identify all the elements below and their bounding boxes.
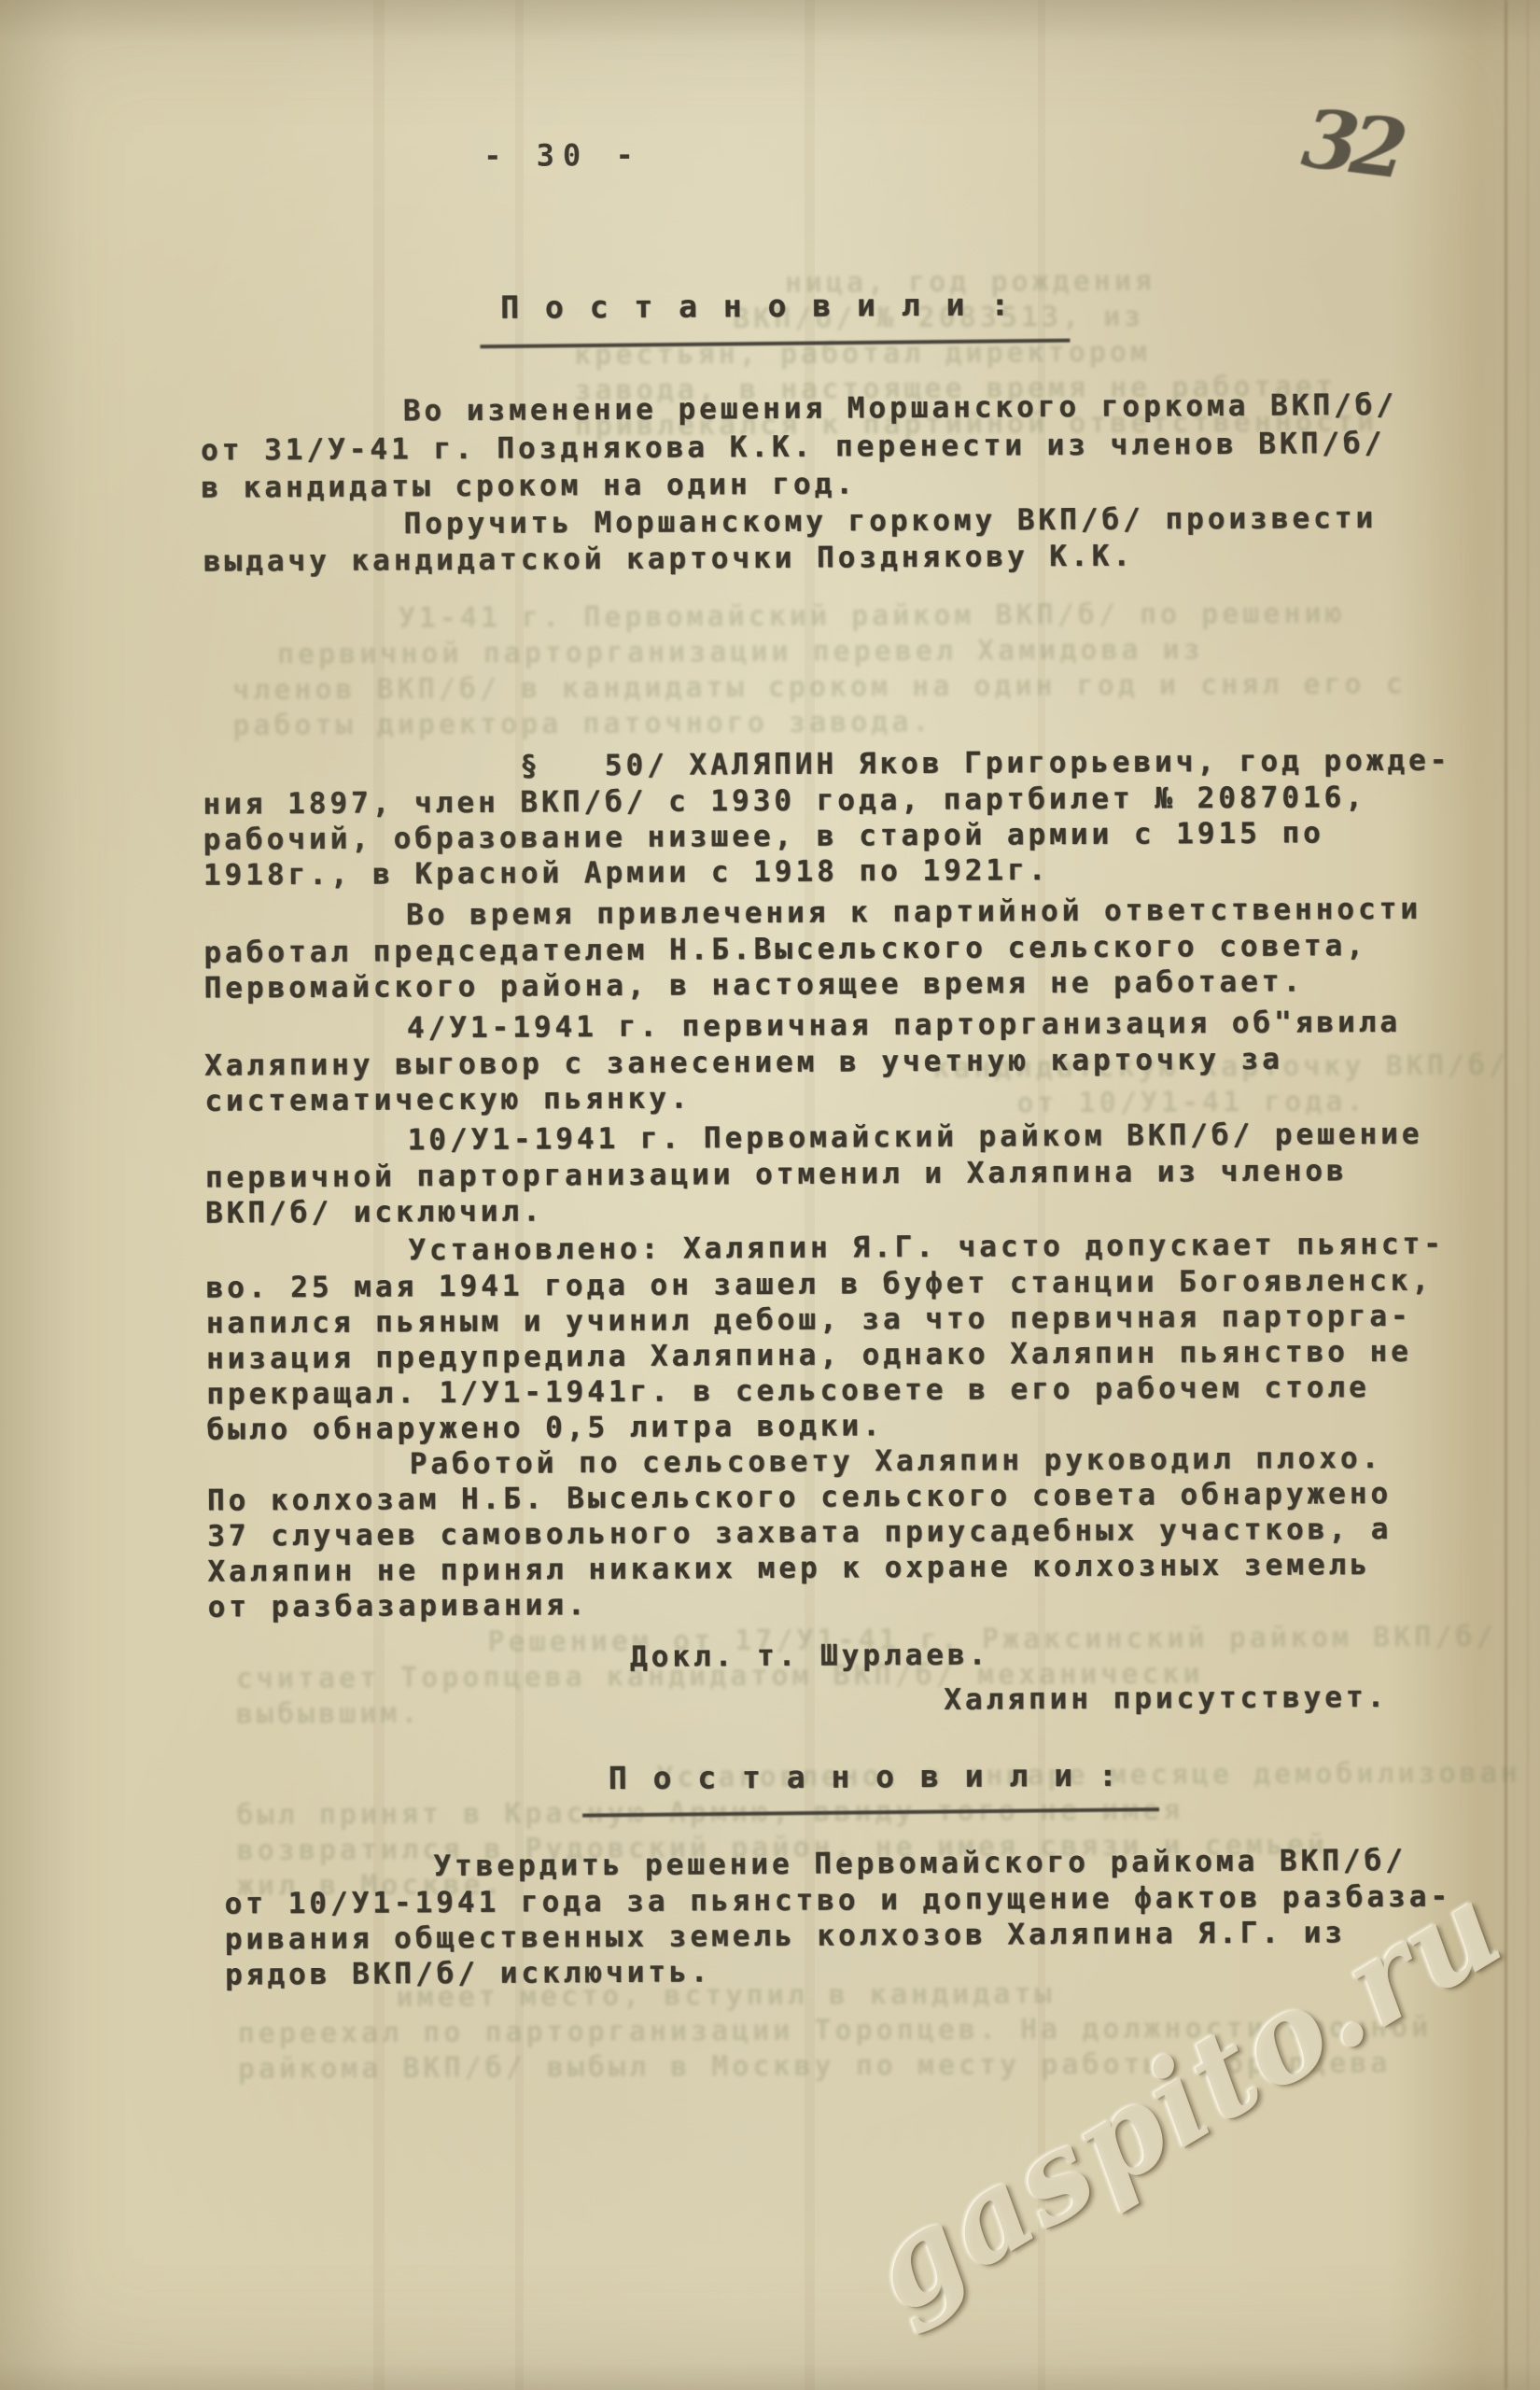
para-7-line-1: Установлено: Халяпин Я.Г. часто допускае… [408, 1228, 1445, 1268]
para-4-line-1: Во время привлечения к партийной ответст… [406, 893, 1421, 933]
para-1-line-2: от 31/У-41 г. Позднякова К.К. перенести … [201, 427, 1385, 468]
heading-1-underline [480, 339, 1070, 349]
para-9-line-2: от 10/У1-1941 года за пьянство и допущен… [225, 1880, 1452, 1921]
heading-2-underline [582, 1807, 1159, 1817]
para-7-line-5: прекращал. 1/У1-1941г. в сельсовете в ег… [206, 1371, 1370, 1412]
para-4-line-2: работал председателем Н.Б.Высельского се… [203, 929, 1367, 970]
para-2-line-1: Поручить Моршанскому горкому ВКП/б/ прои… [403, 501, 1377, 541]
para-1-line-3: в кандидаты сроком на один год. [201, 467, 857, 504]
para-9-line-1: Утвердить решение Первомайского райкома … [433, 1844, 1407, 1883]
para-1-line-1: Во изменение решения Моршанского горкома… [403, 388, 1397, 429]
para-8-line-2: По колхозам Н.Б. Высельского сельского с… [207, 1477, 1392, 1518]
para-7-line-3: напился пьяным и учинил дебош, за что пе… [206, 1300, 1412, 1341]
para-8-line-1: Работой по сельсовету Халяпин руководил … [410, 1441, 1383, 1481]
speaker-line-line-1: Докл. т. Шурлаев. [630, 1638, 989, 1674]
para-6-line-2: первичной парторганизации отменил и Халя… [205, 1154, 1348, 1194]
para-5-line-2: Халяпину выговор с занесением в учетную … [204, 1043, 1283, 1083]
scanned-document-page: ница, год рожденияВКП/б/ № 2083513, изкр… [0, 0, 1540, 2390]
para-9-line-3: ривания общественных земель колхозов Хал… [225, 1916, 1346, 1956]
para-5-line-3: систематическую пьянку. [204, 1082, 691, 1118]
para-7-line-4: низация предупредила Халяпина, однако Ха… [206, 1335, 1412, 1376]
para-5-line-1: 4/У1-1941 г. первичная парторганизация о… [407, 1005, 1401, 1046]
presence-line-line-1: Халяпин присутствует. [944, 1680, 1388, 1717]
heading-2: П о с т а н о в и л и : [609, 1759, 1121, 1795]
para-7-line-6: было обнаружено 0,5 литра водки. [206, 1409, 883, 1446]
para-6-line-3: ВКП/б/ исключил. [205, 1194, 544, 1230]
para-2-line-2: выдачу кандидатской карточки Позднякову … [203, 540, 1134, 579]
para-4-line-3: Первомайского района, в настоящее время … [204, 965, 1305, 1005]
page-number: - 30 - [483, 137, 642, 174]
para-6-line-1: 10/У1-1941 г. Первомайский райком ВКП/б/… [408, 1118, 1423, 1158]
para-8-line-4: Халяпин не принял никаких мер к охране к… [207, 1548, 1371, 1589]
para-3-line-3: рабочий, образование низшее, в старой ар… [203, 816, 1324, 856]
para-7-line-2: во. 25 мая 1941 года он зашел в буфет ст… [205, 1264, 1433, 1305]
para-8-line-3: 37 случаев самовольного захвата приусаде… [207, 1512, 1392, 1553]
handwritten-page-mark: 32 [1297, 91, 1405, 197]
para-9-line-4: рядов ВКП/б/ исключить. [225, 1955, 711, 1991]
para-3-line-2: ния 1897, член ВКП/б/ с 1930 года, партб… [203, 780, 1366, 822]
para-3-line-1: § 50/ ХАЛЯПИН Яков Григорьевич, год рожд… [520, 744, 1450, 783]
para-8-line-5: от разбазаривания. [208, 1588, 589, 1624]
para-3-line-4: 1918г., в Красной Армии с 1918 по 1921г. [203, 853, 1050, 893]
heading-1: П о с т а н о в и л и : [500, 288, 1013, 324]
